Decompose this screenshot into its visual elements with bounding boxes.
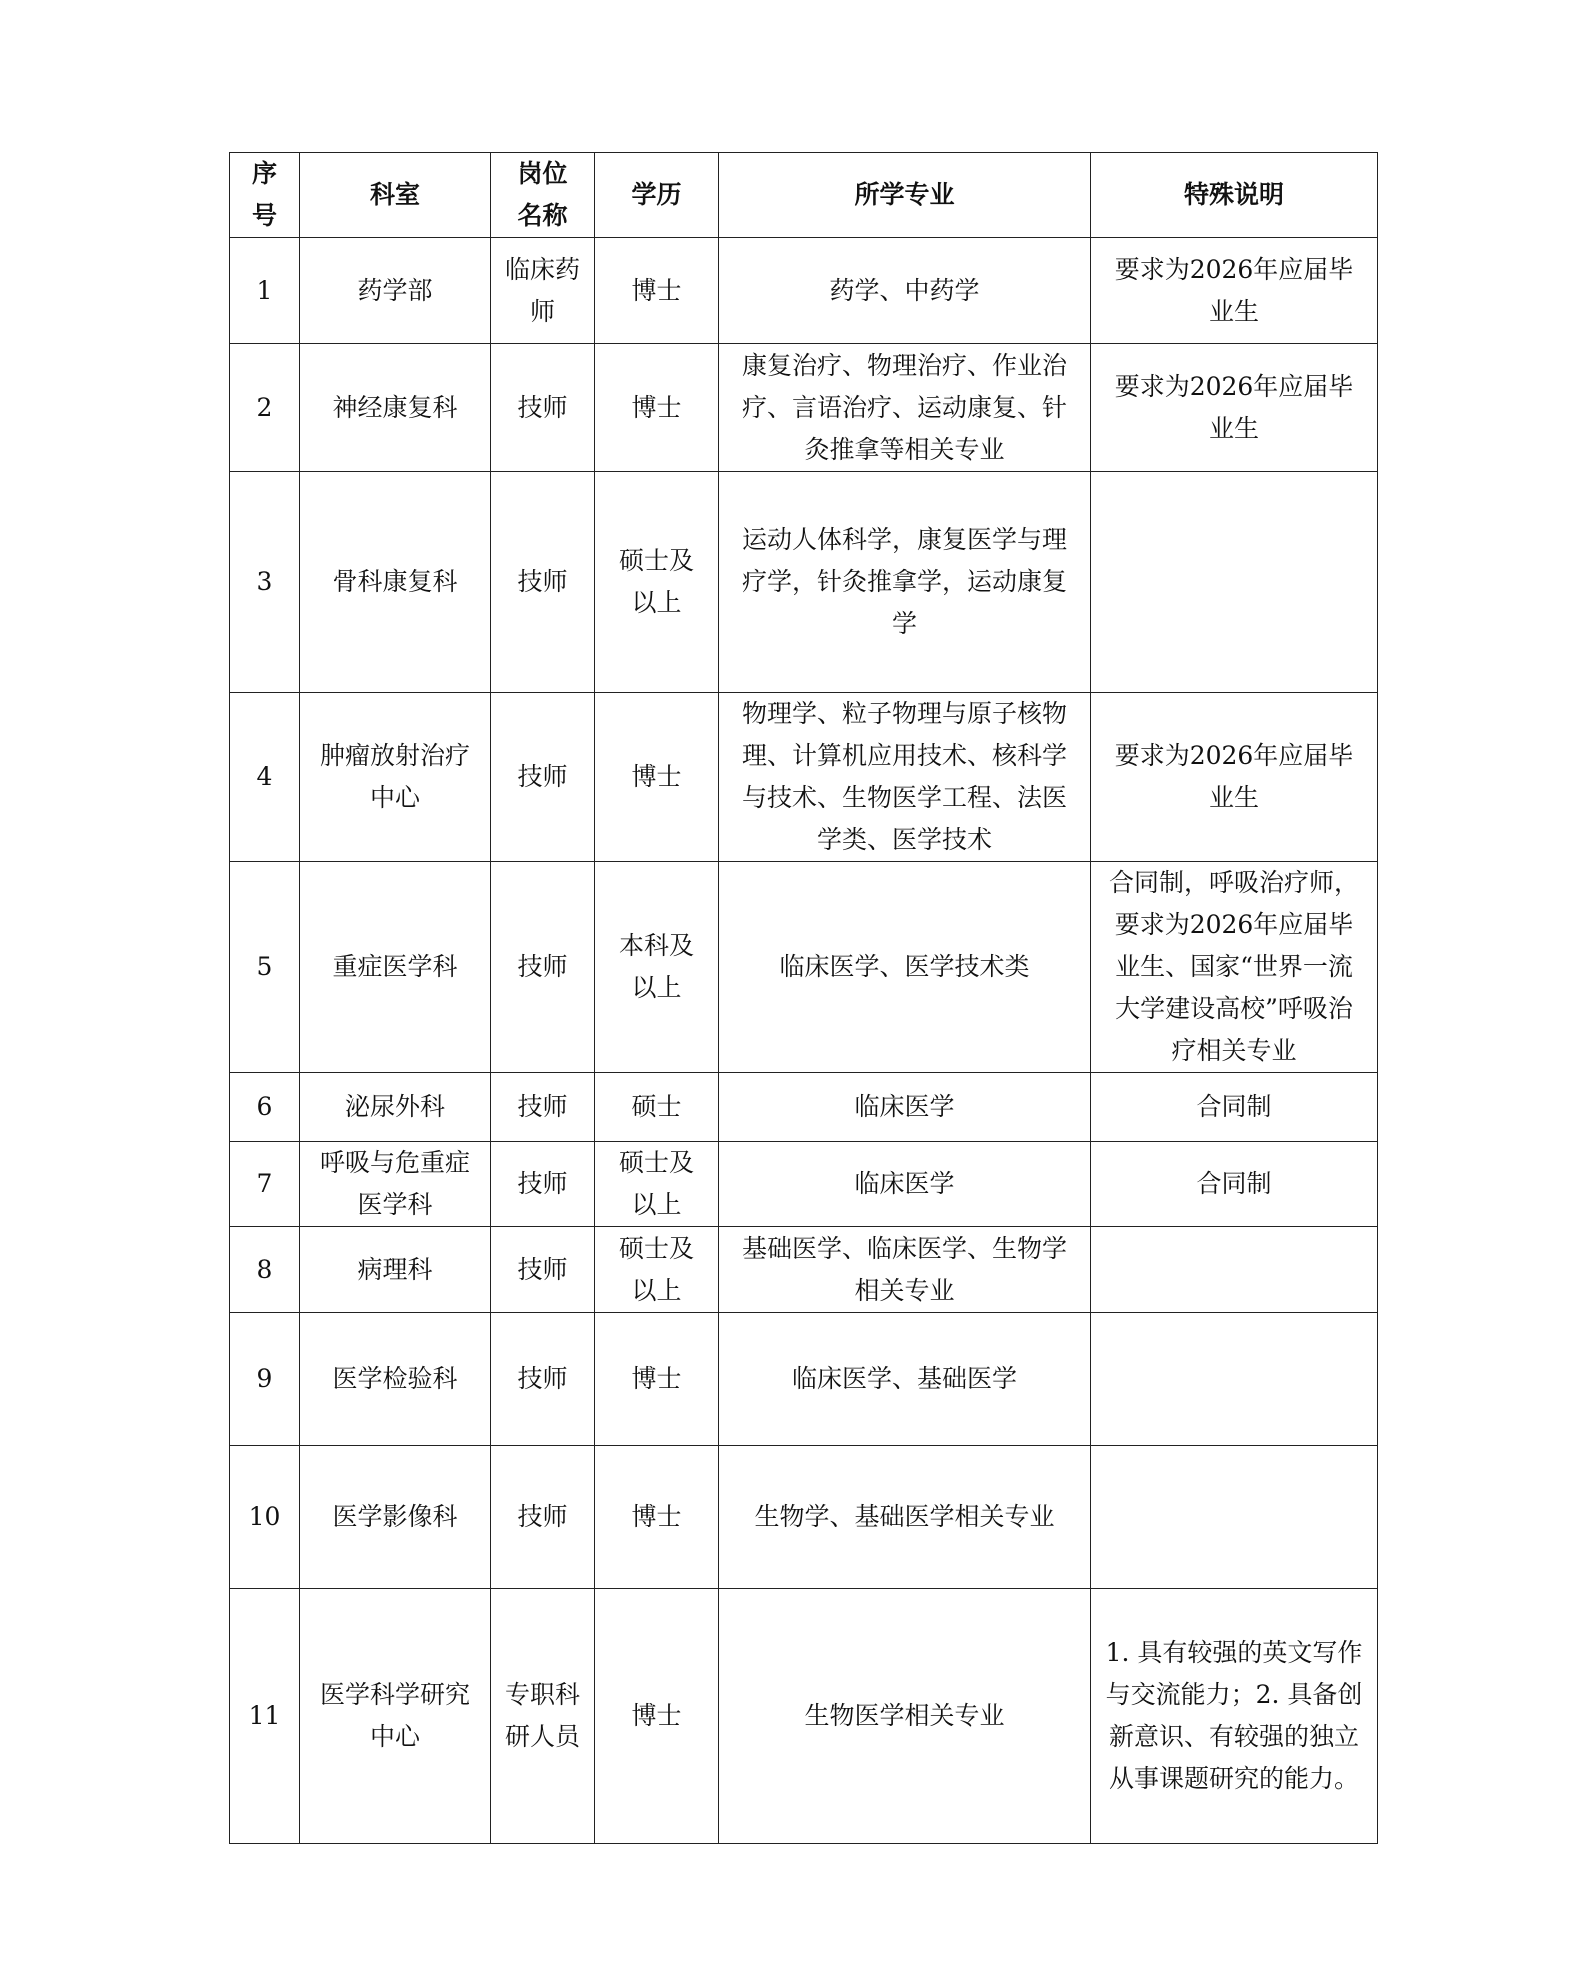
table-row: 6泌尿外科技师硕士临床医学合同制	[230, 1073, 1378, 1142]
row-dept: 病理科	[300, 1227, 491, 1313]
header-no: 序号	[230, 153, 300, 238]
row-position: 技师	[491, 472, 595, 693]
row-dept: 医学科学研究中心	[300, 1589, 491, 1844]
row-note: 合同制，呼吸治疗师，要求为2026年应届毕业生、国家“世界一流大学建设高校”呼吸…	[1091, 862, 1378, 1073]
row-education: 博士	[595, 1589, 719, 1844]
table-row: 1药学部临床药师博士药学、中药学要求为2026年应届毕业生	[230, 238, 1378, 344]
row-education: 博士	[595, 1313, 719, 1446]
row-note	[1091, 1313, 1378, 1446]
row-position: 技师	[491, 1313, 595, 1446]
row-note: 要求为2026年应届毕业生	[1091, 344, 1378, 472]
row-position: 专职科研人员	[491, 1589, 595, 1844]
table-row: 9医学检验科技师博士临床医学、基础医学	[230, 1313, 1378, 1446]
row-note	[1091, 472, 1378, 693]
table-row: 4肿瘤放射治疗中心技师博士物理学、粒子物理与原子核物理、计算机应用技术、核科学与…	[230, 693, 1378, 862]
row-education: 硕士及以上	[595, 1142, 719, 1227]
row-note	[1091, 1227, 1378, 1313]
row-note: 1. 具有较强的英文写作与交流能力；2. 具备创新意识、有较强的独立从事课题研究…	[1091, 1589, 1378, 1844]
row-no: 2	[230, 344, 300, 472]
row-no: 5	[230, 862, 300, 1073]
header-row: 序号 科室 岗位名称 学历 所学专业 特殊说明	[230, 153, 1378, 238]
recruitment-table: 序号 科室 岗位名称 学历 所学专业 特殊说明 1药学部临床药师博士药学、中药学…	[229, 152, 1378, 1844]
row-note: 要求为2026年应届毕业生	[1091, 238, 1378, 344]
row-dept: 肿瘤放射治疗中心	[300, 693, 491, 862]
row-education: 硕士及以上	[595, 472, 719, 693]
row-position: 技师	[491, 1142, 595, 1227]
row-position: 技师	[491, 862, 595, 1073]
row-note: 合同制	[1091, 1073, 1378, 1142]
row-major: 临床医学	[719, 1073, 1091, 1142]
row-no: 10	[230, 1446, 300, 1589]
table-body: 1药学部临床药师博士药学、中药学要求为2026年应届毕业生2神经康复科技师博士康…	[230, 238, 1378, 1844]
row-education: 硕士	[595, 1073, 719, 1142]
row-position: 临床药师	[491, 238, 595, 344]
row-note	[1091, 1446, 1378, 1589]
table-row: 8病理科技师硕士及以上基础医学、临床医学、生物学相关专业	[230, 1227, 1378, 1313]
header-dept: 科室	[300, 153, 491, 238]
row-education: 本科及以上	[595, 862, 719, 1073]
row-position: 技师	[491, 693, 595, 862]
row-education: 博士	[595, 344, 719, 472]
table-row: 11医学科学研究中心专职科研人员博士生物医学相关专业1. 具有较强的英文写作与交…	[230, 1589, 1378, 1844]
row-education: 博士	[595, 238, 719, 344]
row-dept: 泌尿外科	[300, 1073, 491, 1142]
row-education: 博士	[595, 693, 719, 862]
row-dept: 呼吸与危重症医学科	[300, 1142, 491, 1227]
header-note: 特殊说明	[1091, 153, 1378, 238]
row-dept: 医学影像科	[300, 1446, 491, 1589]
row-no: 3	[230, 472, 300, 693]
table-row: 2神经康复科技师博士康复治疗、物理治疗、作业治疗、言语治疗、运动康复、针灸推拿等…	[230, 344, 1378, 472]
row-dept: 骨科康复科	[300, 472, 491, 693]
table-row: 10医学影像科技师博士生物学、基础医学相关专业	[230, 1446, 1378, 1589]
row-no: 1	[230, 238, 300, 344]
row-note: 要求为2026年应届毕业生	[1091, 693, 1378, 862]
row-position: 技师	[491, 1073, 595, 1142]
row-dept: 药学部	[300, 238, 491, 344]
row-major: 生物学、基础医学相关专业	[719, 1446, 1091, 1589]
row-major: 药学、中药学	[719, 238, 1091, 344]
header-major: 所学专业	[719, 153, 1091, 238]
row-no: 6	[230, 1073, 300, 1142]
row-major: 生物医学相关专业	[719, 1589, 1091, 1844]
header-education: 学历	[595, 153, 719, 238]
row-education: 博士	[595, 1446, 719, 1589]
row-position: 技师	[491, 344, 595, 472]
row-major: 临床医学	[719, 1142, 1091, 1227]
table-row: 7呼吸与危重症医学科技师硕士及以上临床医学合同制	[230, 1142, 1378, 1227]
row-note: 合同制	[1091, 1142, 1378, 1227]
header-position: 岗位名称	[491, 153, 595, 238]
row-major: 运动人体科学，康复医学与理疗学，针灸推拿学，运动康复学	[719, 472, 1091, 693]
row-position: 技师	[491, 1446, 595, 1589]
row-education: 硕士及以上	[595, 1227, 719, 1313]
row-dept: 医学检验科	[300, 1313, 491, 1446]
row-major: 康复治疗、物理治疗、作业治疗、言语治疗、运动康复、针灸推拿等相关专业	[719, 344, 1091, 472]
row-no: 7	[230, 1142, 300, 1227]
row-dept: 神经康复科	[300, 344, 491, 472]
row-position: 技师	[491, 1227, 595, 1313]
row-major: 临床医学、医学技术类	[719, 862, 1091, 1073]
table-row: 3骨科康复科技师硕士及以上运动人体科学，康复医学与理疗学，针灸推拿学，运动康复学	[230, 472, 1378, 693]
row-no: 4	[230, 693, 300, 862]
row-major: 临床医学、基础医学	[719, 1313, 1091, 1446]
table-row: 5重症医学科技师本科及以上临床医学、医学技术类合同制，呼吸治疗师，要求为2026…	[230, 862, 1378, 1073]
row-dept: 重症医学科	[300, 862, 491, 1073]
row-no: 8	[230, 1227, 300, 1313]
row-no: 9	[230, 1313, 300, 1446]
row-major: 物理学、粒子物理与原子核物理、计算机应用技术、核科学与技术、生物医学工程、法医学…	[719, 693, 1091, 862]
row-no: 11	[230, 1589, 300, 1844]
row-major: 基础医学、临床医学、生物学相关专业	[719, 1227, 1091, 1313]
